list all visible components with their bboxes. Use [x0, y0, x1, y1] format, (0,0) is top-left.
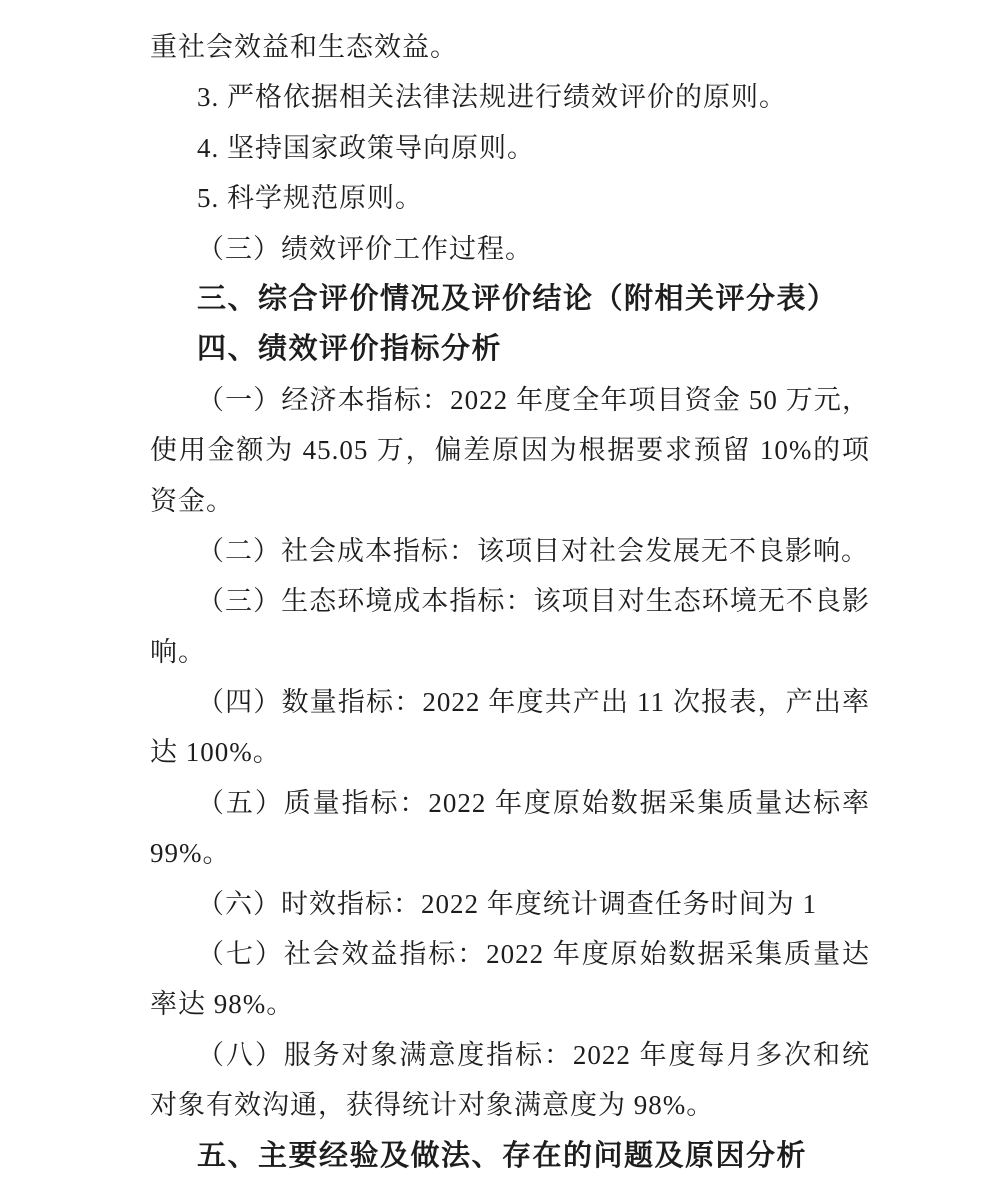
text-line: 响。 [150, 627, 870, 677]
text-line: （一）经济本指标：2022 年度全年项目资金 50 万元， [150, 375, 870, 425]
heading-section-4: 四、绩效评价指标分析 [150, 324, 870, 374]
text-line: 资金。 [150, 476, 870, 526]
paragraph-indicator-6-timeliness: （六）时效指标：2022 年度统计调查任务时间为 1 年。 [150, 879, 870, 929]
list-item-3: 3. 严格依据相关法律法规进行绩效评价的原则。 [150, 72, 870, 122]
text-line: 重社会效益和生态效益。 [150, 22, 870, 72]
text-line: 对象有效沟通，获得统计对象满意度为 98%。 [150, 1080, 870, 1130]
text-line: 3. 严格依据相关法律法规进行绩效评价的原则。 [150, 72, 870, 122]
text-line: （三）生态环境成本指标：该项目对生态环境无不良影 [150, 576, 870, 626]
text-line: 5. 科学规范原则。 [150, 173, 870, 223]
heading-text: 四、绩效评价指标分析 [150, 324, 870, 374]
text-line: （八）服务对象满意度指标：2022 年度每月多次和统计 [150, 1030, 870, 1080]
text-line: 使用金额为 45.05 万，偏差原因为根据要求预留 10%的项目 [150, 425, 870, 475]
paragraph-indicator-3-eco-cost: （三）生态环境成本指标：该项目对生态环境无不良影 响。 [150, 576, 870, 677]
heading-text: 三、综合评价情况及评价结论（附相关评分表） [150, 274, 870, 324]
text-line: 99%。 [150, 828, 870, 878]
text-line: （三）绩效评价工作过程。 [150, 224, 870, 274]
text-line: （二）社会成本指标：该项目对社会发展无不良影响。 [150, 526, 870, 576]
paragraph-indicator-7-social-benefit: （七）社会效益指标：2022 年度原始数据采集质量达标 率达 98%。 [150, 929, 870, 1030]
text-line: 达 100%。 [150, 727, 870, 777]
list-item-4: 4. 坚持国家政策导向原则。 [150, 123, 870, 173]
text-line: （六）时效指标：2022 年度统计调查任务时间为 1 年。 [150, 879, 870, 929]
text-line: 4. 坚持国家政策导向原则。 [150, 123, 870, 173]
paragraph-carryover: 重社会效益和生态效益。 [150, 22, 870, 72]
heading-section-3: 三、综合评价情况及评价结论（附相关评分表） [150, 274, 870, 324]
paragraph-indicator-5-quality: （五）质量指标：2022 年度原始数据采集质量达标率为 99%。 [150, 778, 870, 879]
paragraph-indicator-1-economic: （一）经济本指标：2022 年度全年项目资金 50 万元， 使用金额为 45.0… [150, 375, 870, 526]
text-line: （五）质量指标：2022 年度原始数据采集质量达标率为 [150, 778, 870, 828]
document-page: 重社会效益和生态效益。 3. 严格依据相关法律法规进行绩效评价的原则。 4. 坚… [0, 0, 1000, 1201]
text-line: （七）社会效益指标：2022 年度原始数据采集质量达标 [150, 929, 870, 979]
text-line: （四）数量指标：2022 年度共产出 11 次报表，产出率 [150, 677, 870, 727]
heading-text: 五、主要经验及做法、存在的问题及原因分析 [150, 1131, 870, 1181]
text-line: 率达 98%。 [150, 979, 870, 1029]
paragraph-subsection-3-process: （三）绩效评价工作过程。 [150, 224, 870, 274]
paragraph-indicator-4-quantity: （四）数量指标：2022 年度共产出 11 次报表，产出率 达 100%。 [150, 677, 870, 778]
paragraph-indicator-8-satisfaction: （八）服务对象满意度指标：2022 年度每月多次和统计 对象有效沟通，获得统计对… [150, 1030, 870, 1131]
heading-section-5: 五、主要经验及做法、存在的问题及原因分析 [150, 1131, 870, 1181]
list-item-5: 5. 科学规范原则。 [150, 173, 870, 223]
paragraph-indicator-2-social-cost: （二）社会成本指标：该项目对社会发展无不良影响。 [150, 526, 870, 576]
